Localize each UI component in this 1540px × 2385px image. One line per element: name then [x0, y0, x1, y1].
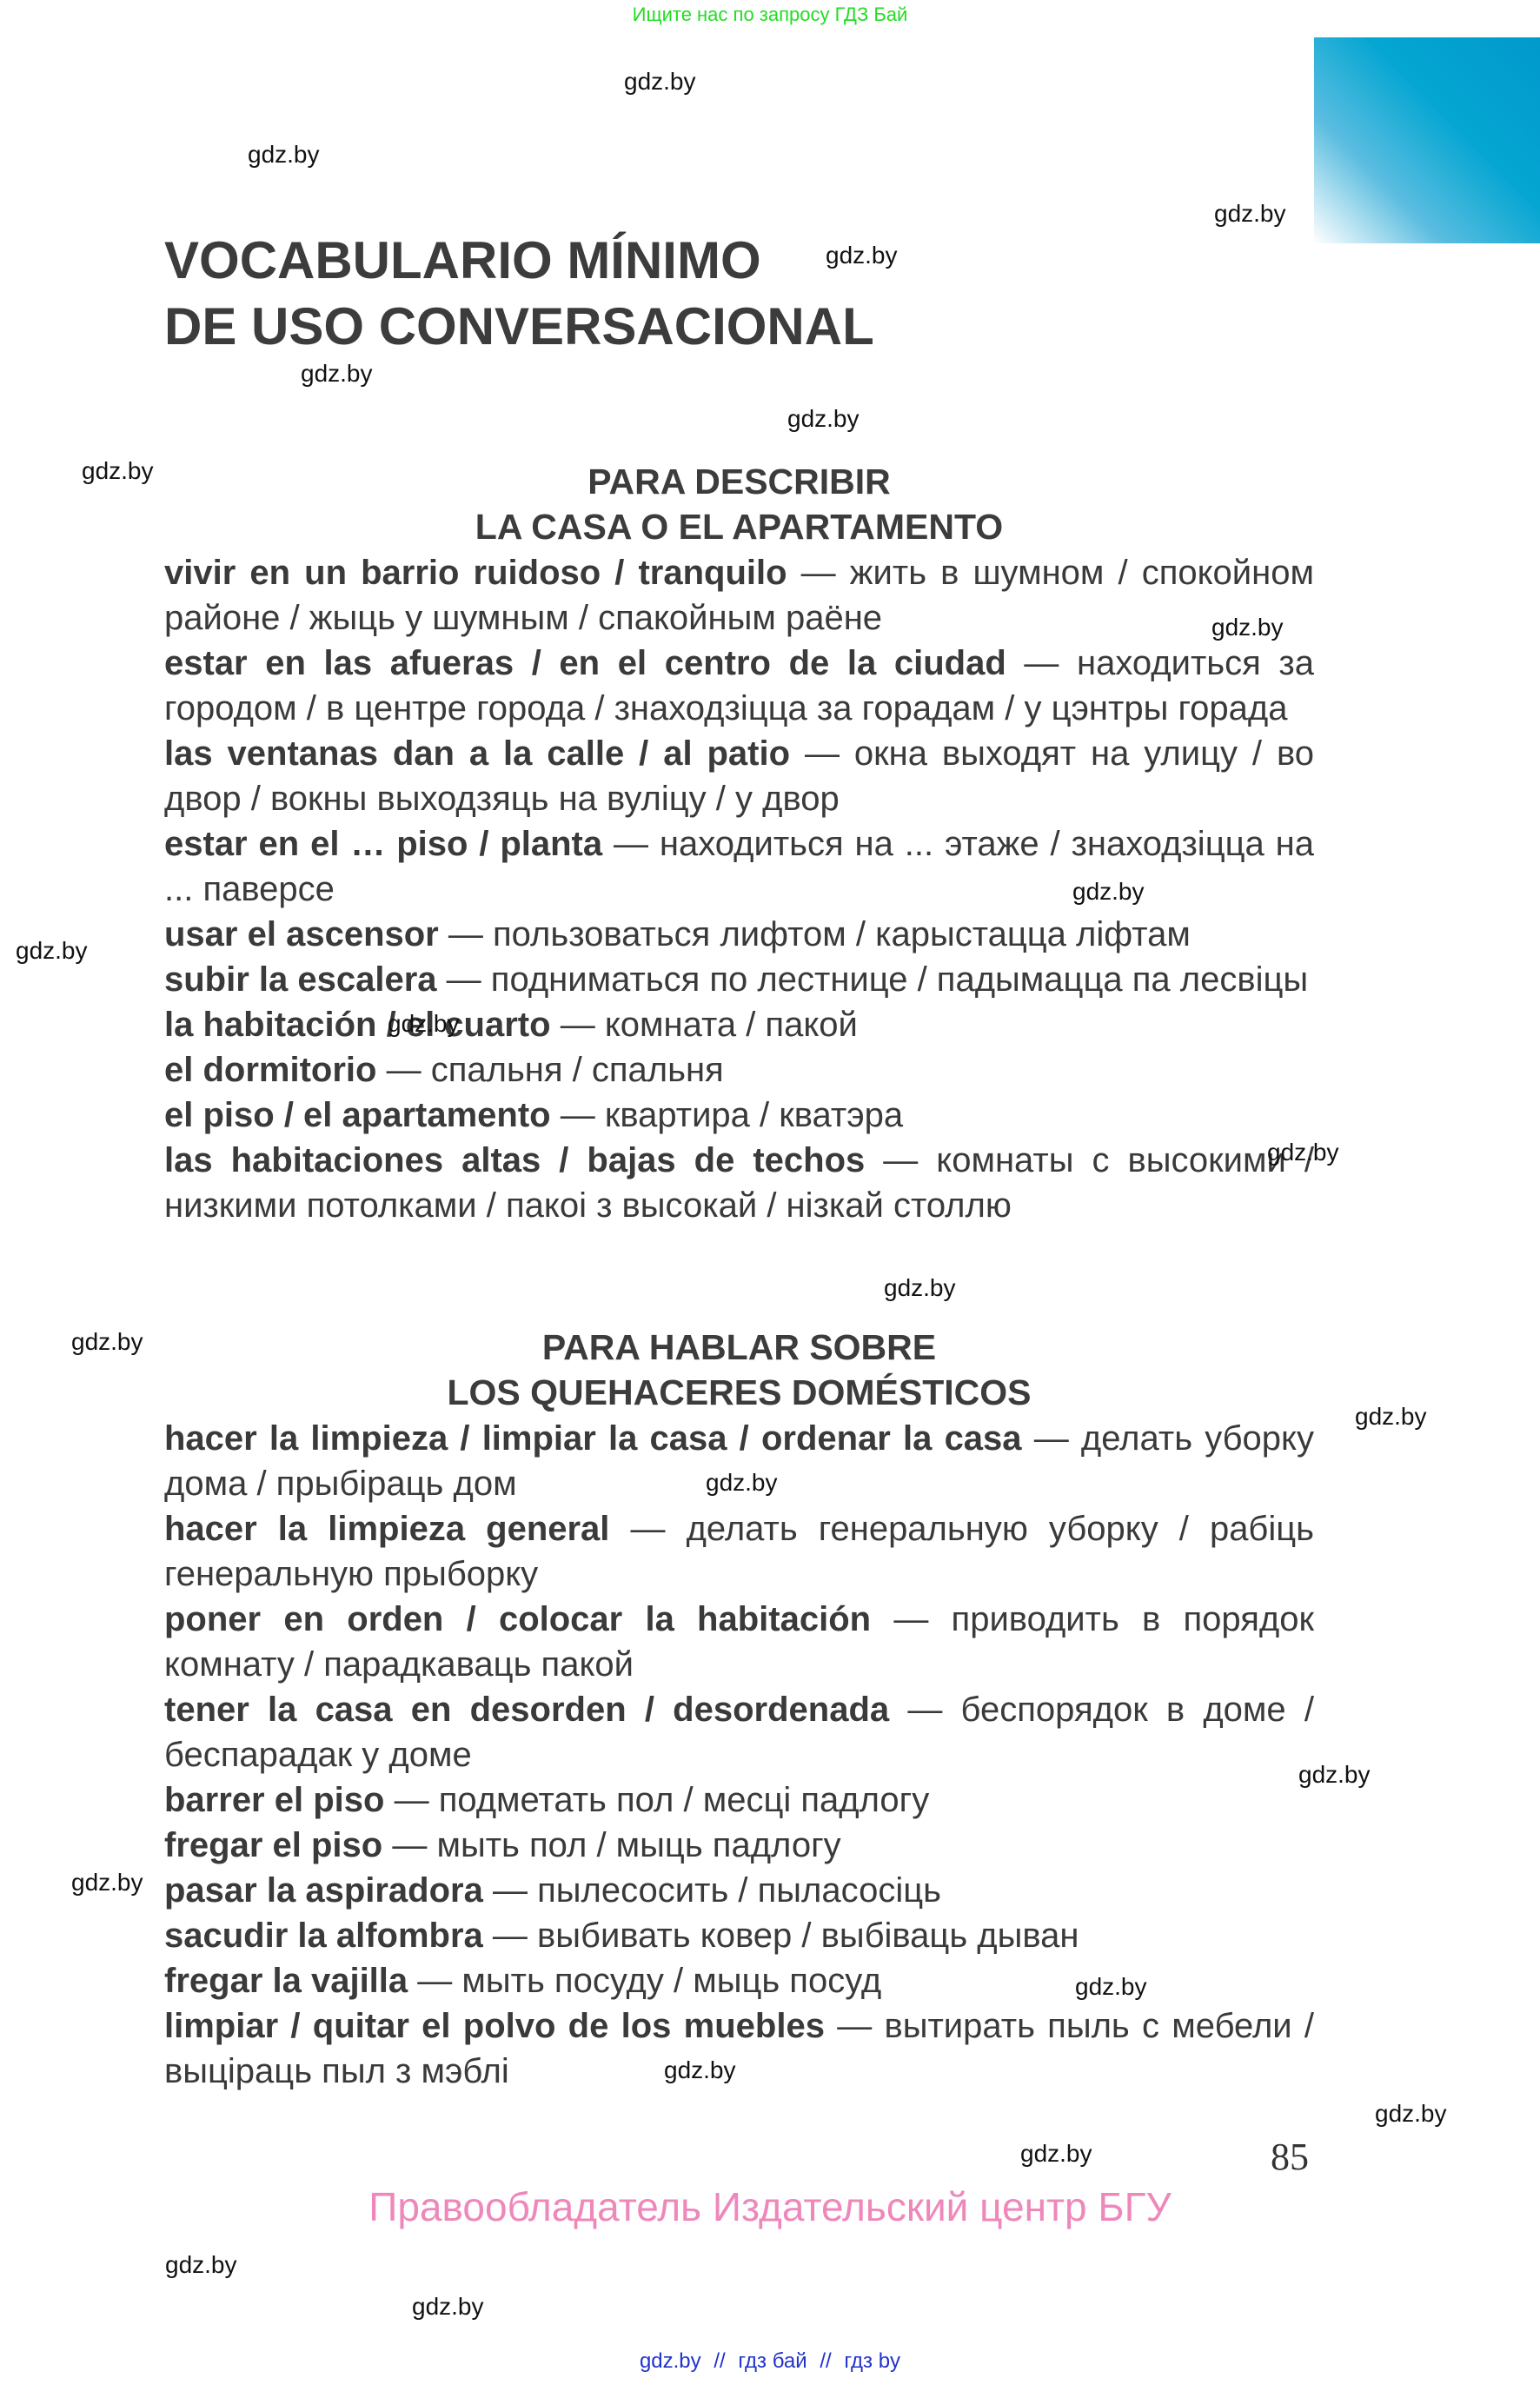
search-banner[interactable]: Ищите нас по запросу ГДЗ Бай [0, 3, 1540, 26]
section-heading-line-2: LOS QUEHACERES DOMÉSTICOS [447, 1372, 1031, 1412]
vocabulary-entry: las habitaciones altas / bajas de techos… [164, 1138, 1314, 1228]
translation: пользоваться лифтом / карыстацца ліфтам [493, 915, 1191, 953]
watermark: gdz.by [787, 405, 860, 433]
page-number: 85 [1271, 2135, 1309, 2179]
spanish-term: barrer el piso [164, 1781, 384, 1819]
dash-separator: — [493, 1917, 528, 1955]
spanish-term: subir la escalera [164, 960, 437, 999]
dash-separator: — [448, 915, 483, 953]
spanish-term: fregar el piso [164, 1826, 382, 1864]
vocabulary-entry: las ventanas dan a la calle / al patio —… [164, 731, 1314, 821]
footer-link-gdz-by-cyr[interactable]: гдз by [844, 2349, 900, 2373]
translation: мыть посуду / мыць посуд [461, 1962, 881, 2000]
dash-separator: — [907, 1691, 942, 1729]
watermark: gdz.by [1355, 1403, 1427, 1431]
watermark: gdz.by [664, 2056, 736, 2084]
vocabulary-entry: subir la escalera — подниматься по лестн… [164, 957, 1314, 1002]
dash-separator: — [561, 1096, 595, 1134]
vocabulary-entry: fregar el piso — мыть пол / мыць падлогу [164, 1823, 1314, 1868]
footer-separator: // [714, 2349, 725, 2373]
translation: мыть пол / мыць падлогу [436, 1826, 840, 1864]
spanish-term: tener la casa en desorden / desordenada [164, 1691, 889, 1729]
watermark: gdz.by [1214, 200, 1286, 228]
spanish-term: las habitaciones altas / bajas de techos [164, 1141, 865, 1179]
dash-separator: — [417, 1962, 452, 2000]
vocabulary-entry: pasar la aspiradora — пылесосить / пылас… [164, 1868, 1314, 1913]
dash-separator: — [614, 825, 648, 863]
vocabulary-entry: el piso / el apartamento — квартира / кв… [164, 1093, 1314, 1138]
vocabulary-entry: la habitación / el cuarto — комната / па… [164, 1002, 1314, 1047]
watermark: gdz.by [826, 242, 898, 269]
spanish-term: estar en el … piso / planta [164, 825, 602, 863]
spanish-term: hacer la limpieza / limpiar la casa / or… [164, 1419, 1022, 1458]
vocabulary-entry: hacer la limpieza general — делать генер… [164, 1506, 1314, 1597]
vocabulary-entry: sacudir la alfombra — выбивать ковер / в… [164, 1913, 1314, 1958]
translation: подметать пол / месці падлогу [439, 1781, 930, 1819]
spanish-term: fregar la vajilla [164, 1962, 408, 2000]
watermark: gdz.by [1375, 2100, 1447, 2128]
section-heading-line-1: PARA HABLAR SOBRE [542, 1327, 936, 1367]
dash-separator: — [805, 734, 840, 773]
watermark: gdz.by [1072, 878, 1145, 906]
spanish-term: limpiar / quitar el polvo de los muebles [164, 2007, 825, 2045]
translation: комната / пакой [605, 1006, 858, 1044]
watermark: gdz.by [884, 1274, 956, 1302]
dash-separator: — [1034, 1419, 1069, 1458]
footer-link-gdz-by[interactable]: gdz.by [640, 2349, 701, 2373]
spanish-term: el dormitorio [164, 1051, 376, 1089]
spanish-term: vivir en un barrio ruidoso / tranquilo [164, 554, 787, 592]
watermark: gdz.by [1267, 1139, 1339, 1166]
section-heading-house: PARA DESCRIBIR LA CASA O EL APARTAMENTO [164, 459, 1314, 549]
watermark: gdz.by [412, 2293, 484, 2321]
dash-separator: — [631, 1510, 666, 1548]
spanish-term: las ventanas dan a la calle / al patio [164, 734, 790, 773]
watermark: gdz.by [1211, 614, 1284, 641]
watermark: gdz.by [248, 141, 320, 169]
translation: пылесосить / пыласосіць [537, 1871, 941, 1910]
translation: квартира / кватэра [605, 1096, 903, 1134]
copyright-notice: Правообладатель Издательский центр БГУ [0, 2183, 1540, 2230]
translation: выбивать ковер / выбіваць дыван [537, 1917, 1079, 1955]
spanish-term: la habitación / el cuarto [164, 1006, 551, 1044]
footer-links: gdz.by // гдз бай // гдз by [0, 2349, 1540, 2374]
page-title: VOCABULARIO MÍNIMO DE USO CONVERSACIONAL [164, 228, 874, 360]
title-line-2: DE USO CONVERSACIONAL [164, 297, 874, 355]
vocabulary-entry: vivir en un barrio ruidoso / tranquilo —… [164, 550, 1314, 641]
spanish-term: pasar la aspiradora [164, 1871, 483, 1910]
dash-separator: — [447, 960, 481, 999]
watermark: gdz.by [82, 457, 154, 485]
spanish-term: el piso / el apartamento [164, 1096, 551, 1134]
spanish-term: poner en orden / colocar la habitación [164, 1600, 871, 1638]
vocabulary-entry: tener la casa en desorden / desordenada … [164, 1687, 1314, 1777]
watermark: gdz.by [301, 360, 373, 388]
title-line-1: VOCABULARIO MÍNIMO [164, 231, 761, 289]
section-heading-line-1: PARA DESCRIBIR [587, 462, 891, 502]
dash-separator: — [395, 1781, 429, 1819]
vocabulary-entry: usar el ascensor — пользоваться лифтом /… [164, 912, 1314, 957]
vocabulary-entry: barrer el piso — подметать пол / месці п… [164, 1777, 1314, 1823]
translation: спальня / спальня [431, 1051, 724, 1089]
watermark: gdz.by [1020, 2140, 1092, 2168]
watermark: gdz.by [165, 2251, 237, 2279]
dash-separator: — [893, 1600, 928, 1638]
dash-separator: — [387, 1051, 422, 1089]
watermark: gdz.by [71, 1869, 143, 1897]
watermark: gdz.by [706, 1469, 778, 1497]
dash-separator: — [493, 1871, 528, 1910]
watermark: gdz.by [624, 68, 696, 96]
corner-decoration [1314, 37, 1540, 243]
dash-separator: — [837, 2007, 872, 2045]
section-heading-chores: PARA HABLAR SOBRE LOS QUEHACERES DOMÉSTI… [164, 1325, 1314, 1415]
spanish-term: usar el ascensor [164, 915, 439, 953]
spanish-term: sacudir la alfombra [164, 1917, 483, 1955]
watermark: gdz.by [1075, 1973, 1147, 2001]
watermark: gdz.by [388, 1010, 460, 1038]
footer-separator: // [820, 2349, 831, 2373]
dash-separator: — [801, 554, 836, 592]
vocabulary-entry: limpiar / quitar el polvo de los muebles… [164, 2003, 1314, 2094]
watermark: gdz.by [71, 1328, 143, 1356]
section-heading-line-2: LA CASA O EL APARTAMENTO [475, 507, 1003, 547]
spanish-term: estar en las afueras / en el centro de l… [164, 644, 1006, 682]
dash-separator: — [392, 1826, 427, 1864]
translation: подниматься по лестнице / падымацца па л… [491, 960, 1308, 999]
spanish-term: hacer la limpieza general [164, 1510, 609, 1548]
vocabulary-entry: poner en orden / colocar la habitación —… [164, 1597, 1314, 1687]
dash-separator: — [561, 1006, 595, 1044]
watermark: gdz.by [16, 937, 88, 965]
watermark: gdz.by [1298, 1761, 1371, 1789]
dash-separator: — [1024, 644, 1059, 682]
vocabulary-entry: estar en las afueras / en el centro de l… [164, 641, 1314, 731]
footer-link-gdz-bai[interactable]: гдз бай [738, 2349, 807, 2373]
vocabulary-entry: el dormitorio — спальня / спальня [164, 1047, 1314, 1093]
dash-separator: — [883, 1141, 918, 1179]
